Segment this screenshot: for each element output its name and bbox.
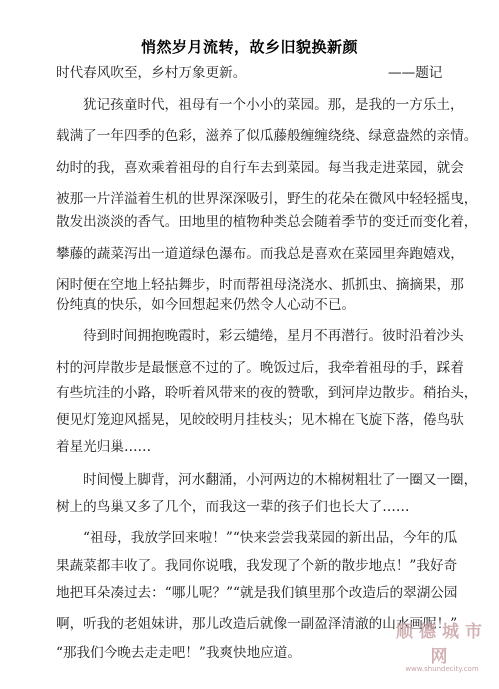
body-line: 果蔬菜都丰收了。我同你说哦，我发现了个新的散步地点！”我好奇 (56, 557, 457, 575)
body-line: 村的河岸散步是最惬意不过的了。晚饭过后，我牵着祖母的手，踩着 (56, 359, 464, 377)
site-watermark: 顺德城市网 www.shundecity.com (385, 617, 499, 673)
body-line: 有些坑洼的小路，聆听着风带来的夜的赞歌，到河岸边散步。稍抬头， (56, 384, 477, 402)
body-line: 幼时的我，喜欢乘着祖母的自行车去到菜园。每当我走进菜园，就会 (56, 159, 464, 177)
body-line: 闲时便在空地上轻拈舞步，时而帮祖母浇浇水、抓抓虫、摘摘果，那 (56, 276, 464, 294)
body-line: 时间慢上脚背，河水翻涌，小河两边的木棉树粗壮了一圈又一圈， (83, 471, 477, 489)
body-line: “祖母，我放学回来啦！”“快来尝尝我菜园的新出品，今年的瓜 (83, 529, 457, 547)
body-line: 攀藤的蔬菜泻出一道道绿色瀑布。而我总是喜欢在菜园里奔跑嬉戏， (56, 245, 464, 263)
body-line: 树上的鸟巢又多了几个，而我这一辈的孩子们也长大了…… (56, 498, 409, 516)
body-line: 着星光归巢…… (56, 438, 151, 456)
body-line: 被那一片洋溢着生机的世界深深吸引，野生的花朵在微风中轻轻摇曳， (56, 190, 477, 208)
body-line: “那我们今晚去走走吧！”我爽快地应道。 (56, 644, 301, 662)
watermark-name: 顺德城市网 (385, 617, 499, 667)
body-line: 份纯真的快乐，如今回想起来仍然令人心动不已。 (56, 296, 355, 314)
body-line: 载满了一年四季的色彩，滋养了似瓜藤般缠缠绕绕、绿意盎然的亲情。 (56, 127, 477, 145)
body-line: 待到时间拥抱晚霞时，彩云缱绻，星月不再潜行。彼时沿着沙头 (83, 327, 464, 345)
body-line: 犹记孩童时代，祖母有一个小小的菜园。那，是我的一方乐土， (83, 96, 464, 114)
body-line: 便见灯笼迎风摇晃，见皎皎明月挂枝头；见木棉在飞旋下落，倦鸟驮 (56, 411, 464, 429)
epigraph-text: 时代春风吹至，乡村万象更新。 (56, 64, 246, 82)
article-title: 悄然岁月流转，故乡旧貌换新颜 (0, 36, 499, 57)
body-line: 地把耳朵凑过去：“哪儿呢？”“就是我们镇里那个改造后的翠湖公园 (56, 584, 457, 602)
body-line: 散发出淡淡的香气。田地里的植物种类总会随着季节的变迁而变化着， (56, 213, 477, 231)
epigraph-attribution: ——题记 (388, 64, 442, 82)
